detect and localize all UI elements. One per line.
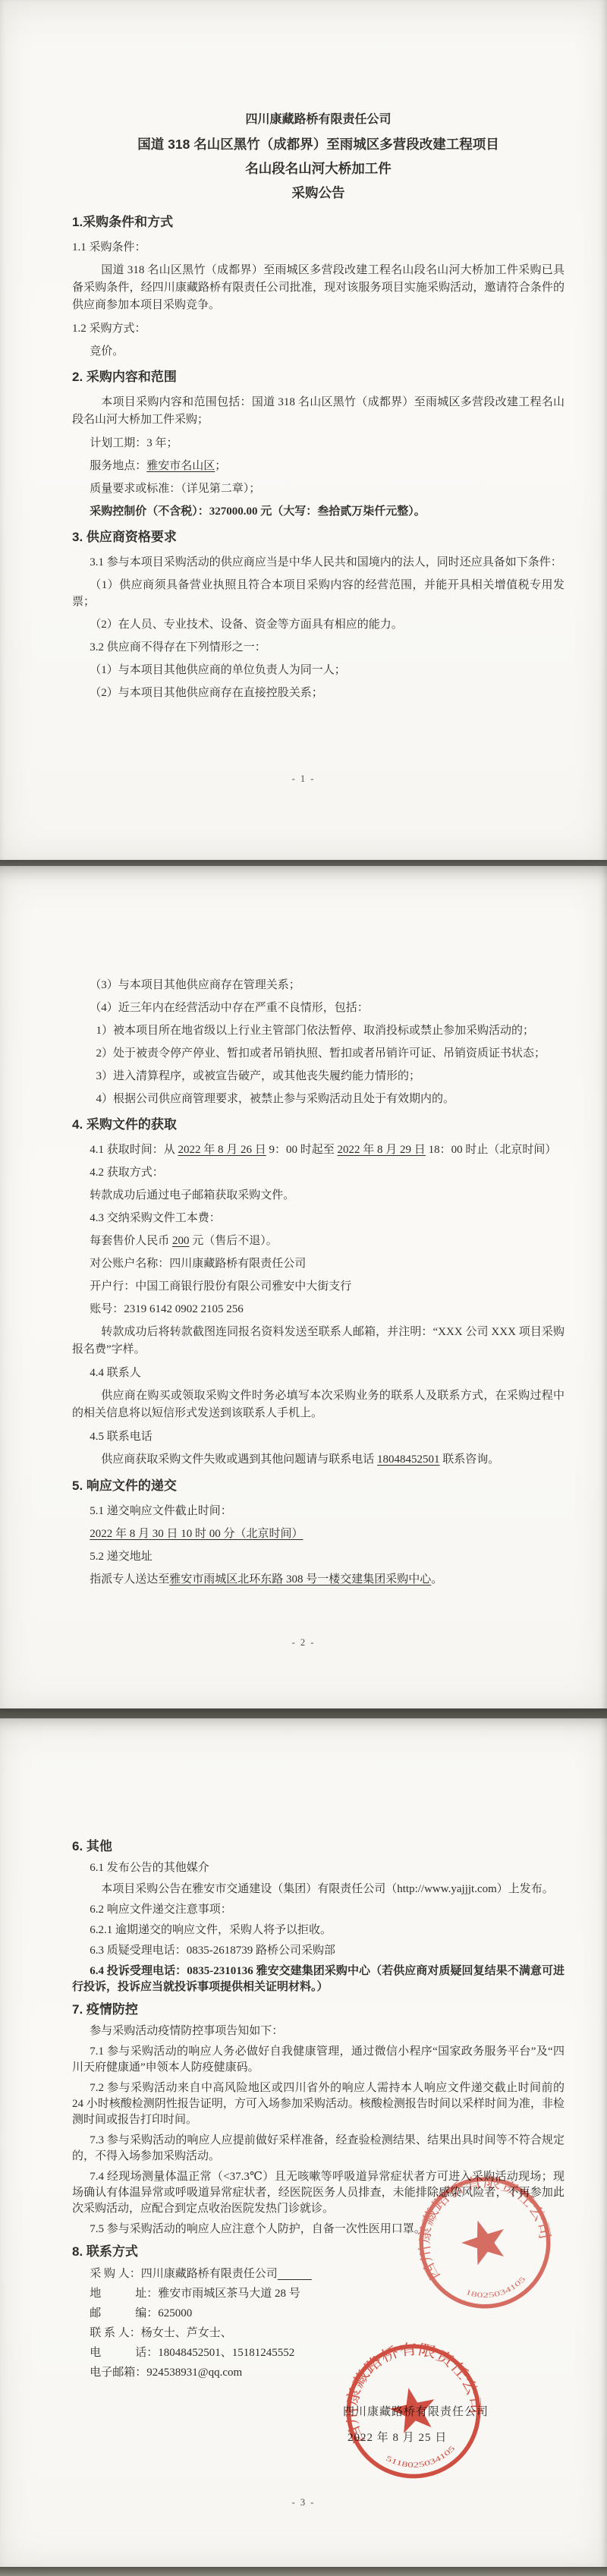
doc-paragraph: 7.1 参与采购活动的响应人务必做好自我健康管理，通过微信小程序“国家政务服务平… [72, 2044, 565, 2076]
text-run: 雅安市雨城区北环东路 308 号一楼交建集团采购中心 [169, 1573, 431, 1586]
scanned-document: 四川康藏路桥有限责任公司国道 318 名山区黑竹（成都界）至雨城区多营段改建工程… [0, 0, 607, 2576]
text-run: 联 系 人：杨女士、芦女士、 [90, 2327, 232, 2339]
doc-paragraph: 6.2 响应文件递交注意事项： [72, 1902, 565, 1918]
text-run: 四川康藏路桥有限责任公司 [245, 113, 391, 126]
text-run: 质量要求或标准：（详见第二章）； [90, 483, 260, 495]
text-run: 国道 318 名山区黑竹（成都界）至雨城区多营段改建工程名山段名山河大桥加工件采… [72, 264, 565, 311]
text-run: 3. 供应商资格要求 [72, 530, 177, 544]
text-run: （2）与本项目其他供应商存在直接控股关系； [90, 687, 323, 699]
text-run [278, 2268, 312, 2280]
text-run: 4.3 交纳采购文件工本费： [90, 1212, 221, 1224]
doc-paragraph: 6.3 质疑受理电话：0835-2618739 路桥公司采购部 [72, 1943, 565, 1959]
section-heading-7: 7. 疫情防控 [72, 2001, 565, 2017]
star-icon [456, 2213, 511, 2267]
doc-title-notice: 采购公告 [72, 181, 565, 205]
text-run: 联系咨询。 [440, 1453, 500, 1466]
doc-paragraph: 2）处于被责令停产停业、暂扣或者吊销执照、暂扣或者吊销许可证、吊销资质证书状态； [72, 1045, 565, 1062]
doc-paragraph: 6.2.1 逾期递交的响应文件，采购人将予以拒收。 [72, 1923, 565, 1938]
text-run: （1）与本项目其他供应商的单位负责人为同一人； [90, 664, 346, 676]
doc-title-section: 名山段名山河大桥加工件 [72, 156, 565, 181]
doc-paragraph: 4）根据公司供应商管理要求，被禁止参与采购活动且处于有效期内的。 [72, 1091, 565, 1107]
text-run: 4.4 联系人 [90, 1367, 141, 1379]
doc-paragraph: 国道 318 名山区黑竹（成都界）至雨城区多营段改建工程名山段名山河大桥加工件采… [72, 262, 565, 314]
text-run: 。 [431, 1573, 442, 1586]
text-run: 账号：2319 6142 0902 2105 256 [90, 1303, 244, 1315]
text-run: 6. 其他 [72, 1839, 112, 1853]
doc-paragraph: 转款成功后通过电子邮箱获取采购文件。 [72, 1187, 565, 1204]
doc-paragraph: 4.3 交纳采购文件工本费： [72, 1210, 565, 1227]
contact-line-person: 联 系 人：杨女士、芦女士、 [72, 2325, 565, 2341]
text-run: 参与采购活动疫情防控事项告知如下： [90, 2025, 283, 2037]
section-heading-1: 1.采购条件和方式 [72, 213, 565, 232]
text-run: 200 [172, 1235, 190, 1247]
text-run: （4）近三年内在经营活动中存在严重不良情形，包括： [90, 1002, 369, 1014]
doc-paragraph: 转款成功后将转款截图连同报名资料发送至联系人邮箱，并注明：“XXX 公司 XXX… [72, 1324, 565, 1359]
text-run: 18：00 时止（北京时间） [426, 1144, 557, 1156]
section-heading-3: 3. 供应商资格要求 [72, 527, 565, 547]
page-2: （3）与本项目其他供应商存在管理关系；（4）近三年内在经营活动中存在严重不良情形… [0, 866, 607, 1708]
text-run: 雅安市名山区 [146, 460, 215, 472]
doc-paragraph: 每套售价人民币 200 元（售后不退）。 [72, 1233, 565, 1249]
doc-paragraph: 5.1 递交响应文件截止时间： [72, 1503, 565, 1519]
text-run: 采购公告 [292, 185, 345, 200]
text-run: 电 话：18048452501、15181245552 [90, 2347, 294, 2359]
doc-paragraph: 采购控制价（不含税）：327000.00 元（大写：叁拾贰万柒仟元整）。 [72, 503, 565, 520]
doc-title-project: 国道 318 名山区黑竹（成都界）至雨城区多营段改建工程项目 [72, 132, 565, 156]
doc-paragraph: 4.2 获取方式： [72, 1164, 565, 1181]
doc-paragraph: 本项目采购公告在雅安市交通建设（集团）有限责任公司（http://www.yaj… [72, 1881, 565, 1897]
text-run: 名山段名山河大桥加工件 [245, 161, 392, 176]
page-3: 6. 其他6.1 发布公告的其他媒介本项目采购公告在雅安市交通建设（集团）有限责… [0, 1718, 607, 2567]
text-run: 指派专人送达至 [90, 1573, 169, 1586]
text-run: 5.2 递交地址 [90, 1551, 153, 1563]
text-run: 5. 响应文件的递交 [72, 1479, 177, 1493]
doc-paragraph: （2）与本项目其他供应商存在直接控股关系； [72, 685, 565, 701]
doc-paragraph: 供应商获取采购文件失败或遇到其他问题请与联系电话 18048452501 联系咨… [72, 1451, 565, 1469]
text-run: 开户行：中国工商银行股份有限公司雅安中大街支行 [90, 1280, 351, 1293]
doc-paragraph: 5.2 递交地址 [72, 1548, 565, 1565]
doc-paragraph: 供应商在购买或领取采购文件时务必填写本次采购业务的联系人及联系方式，在采购过程中… [72, 1387, 565, 1422]
contact-line-email: 电子邮箱：924538931@qq.com [72, 2364, 565, 2381]
official-seal-lower: 四川康藏路桥有限责任公司 5118025034105 [330, 2328, 498, 2496]
doc-paragraph: （4）近三年内在经营活动中存在严重不良情形，包括： [72, 1000, 565, 1016]
text-run: 8. 联系方式 [72, 2244, 138, 2259]
scan-bottom-edge [0, 2567, 607, 2576]
text-run: 4）根据公司供应商管理要求，被禁止参与采购活动且处于有效期内的。 [96, 1093, 455, 1105]
text-run: 6.2.1 逾期递交的响应文件，采购人将予以拒收。 [90, 1924, 332, 1936]
text-run: 竞价。 [90, 345, 124, 357]
doc-paragraph: （2）在人员、专业技术、设备、资金等方面具有相应的能力。 [72, 616, 565, 633]
doc-paragraph: 4.4 联系人 [72, 1365, 565, 1381]
doc-paragraph: 1.2 采购方式： [72, 320, 565, 337]
text-run: 2022 年 8 月 30 日 10 时 00 分（北京时间） [90, 1528, 303, 1540]
text-run: 7.1 参与采购活动的响应人务必做好自我健康管理，通过微信小程序“国家政务服务平… [72, 2045, 565, 2074]
doc-paragraph: 2022 年 8 月 30 日 10 时 00 分（北京时间） [72, 1526, 565, 1542]
text-run: （3）与本项目其他供应商存在管理关系； [90, 979, 300, 991]
text-run: 本项目采购内容和范围包括：国道 318 名山区黑竹（成都界）至雨城区多营段改建工… [72, 396, 565, 426]
text-run: 采购控制价（不含税）：327000.00 元（大写：叁拾贰万柒仟元整）。 [90, 505, 426, 518]
doc-paragraph: 7.3 参与采购活动的响应人应提前做好采样准备，经查验检测结果、结果出具时间等不… [72, 2133, 565, 2165]
section-heading-6: 6. 其他 [72, 1838, 565, 1854]
section-heading-2: 2. 采购内容和范围 [72, 367, 565, 387]
doc-paragraph: 本项目采购内容和范围包括：国道 318 名山区黑竹（成都界）至雨城区多营段改建工… [72, 394, 565, 429]
doc-paragraph: 3）进入清算程序，或被宣告破产，或其他丧失履约能力情形的； [72, 1068, 565, 1085]
section-heading-4: 4. 采购文件的获取 [72, 1115, 565, 1135]
text-run: 1.采购条件和方式 [72, 215, 173, 229]
page-1: 四川康藏路桥有限责任公司国道 318 名山区黑竹（成都界）至雨城区多营段改建工程… [0, 0, 607, 860]
doc-paragraph: 竞价。 [72, 343, 565, 360]
doc-paragraph: 质量要求或标准：（详见第二章）； [72, 480, 565, 497]
doc-paragraph: 指派专人送达至雅安市雨城区北环东路 308 号一楼交建集团采购中心。 [72, 1571, 565, 1588]
text-run: 4. 采购文件的获取 [72, 1117, 177, 1132]
text-run: 6.3 质疑受理电话：0835-2618739 路桥公司采购部 [90, 1945, 335, 1957]
doc-paragraph: （3）与本项目其他供应商存在管理关系； [72, 977, 565, 994]
seal-code-text: 18025034105 [462, 2269, 530, 2308]
text-run: 3.1 参与本项目采购活动的供应商应当是中华人民共和国境内的法人，同时还应具备如… [90, 556, 562, 568]
doc-paragraph: 1）被本项目所在地省级以上行业主管部门依法暂停、取消投标或禁止参加采购活动的； [72, 1022, 565, 1039]
text-run: 5.1 递交响应文件截止时间： [90, 1505, 232, 1517]
text-run: 每套售价人民币 [90, 1235, 172, 1247]
page-number: - 2 - [0, 1637, 607, 1649]
text-run: 服务地点： [90, 460, 146, 472]
doc-paragraph: 开户行：中国工商银行股份有限公司雅安中大街支行 [72, 1278, 565, 1295]
text-run: 7.3 参与采购活动的响应人应提前做好采样准备，经查验检测结果、结果出具时间等不… [72, 2134, 565, 2162]
text-run: 2022 年 8 月 26 日 [178, 1144, 266, 1156]
page-number: - 3 - [0, 2497, 607, 2508]
text-run: 1.1 采购条件： [72, 241, 146, 254]
text-run: 采 购 人：四川康藏路桥有限责任公司 [90, 2268, 278, 2280]
doc-paragraph: 6.4 投诉受理电话：0835-2310136 雅安交建集团采购中心（若供应商对… [72, 1963, 565, 1995]
doc-title-company: 四川康藏路桥有限责任公司 [72, 108, 565, 132]
text-run: 7. 疫情防控 [72, 2002, 138, 2017]
text-run: 转款成功后通过电子邮箱获取采购文件。 [90, 1189, 294, 1201]
page-separator [0, 860, 607, 866]
text-run: 1.2 采购方式： [72, 323, 146, 335]
page-1-content: 四川康藏路桥有限责任公司国道 318 名山区黑竹（成都界）至雨城区多营段改建工程… [0, 0, 607, 701]
text-run: 地 址：雅安市雨城区茶马大道 28 号 [90, 2288, 300, 2300]
doc-paragraph: 3.2 供应商不得存在下列情形之一： [72, 639, 565, 656]
doc-paragraph: （1）供应商须具备营业执照且符合本项目采购内容的经营范围，并能开具相关增值税专用… [72, 577, 565, 610]
text-run: 电子邮箱：924538931@qq.com [90, 2367, 242, 2379]
text-run: 3.2 供应商不得存在下列情形之一： [90, 641, 266, 653]
text-run: 9：00 时起至 [266, 1144, 338, 1156]
star-icon [386, 2383, 440, 2435]
text-run: 供应商在购买或领取采购文件时务必填写本次采购业务的联系人及联系方式，在采购过程中… [72, 1390, 565, 1419]
text-run: 4.1 获取时间：从 [90, 1144, 178, 1156]
doc-paragraph: 对公账户名称：四川康藏路桥有限责任公司 [72, 1255, 565, 1272]
text-run: 2. 采购内容和范围 [72, 370, 177, 384]
text-run: 7.5 参与采购活动的响应人应注意个人防护，自备一次性医用口罩。 [90, 2223, 426, 2235]
contact-line-phone: 电 话：18048452501、15181245552 [72, 2345, 565, 2361]
text-run: 2）处于被责令停产停业、暂扣或者吊销执照、暂扣或者吊销许可证、吊销资质证书状态； [96, 1047, 546, 1060]
text-run: 对公账户名称：四川康藏路桥有限责任公司 [90, 1258, 306, 1270]
doc-paragraph: 4.1 获取时间：从 2022 年 8 月 26 日 9：00 时起至 2022… [72, 1142, 565, 1158]
text-run: 4.2 获取方式： [90, 1167, 164, 1179]
text-run: （1）供应商须具备营业执照且符合本项目采购内容的经营范围，并能开具相关增值税专用… [72, 579, 565, 608]
text-run: 4.5 联系电话 [90, 1431, 153, 1443]
text-run: ； [215, 460, 226, 472]
text-run: 18048452501 [377, 1453, 440, 1466]
seal-code-text: 5118025034105 [383, 2440, 460, 2477]
page-number: - 1 - [0, 773, 607, 785]
page-separator [0, 1708, 607, 1718]
text-run: 1）被本项目所在地省级以上行业主管部门依法暂停、取消投标或禁止参加采购活动的； [96, 1025, 535, 1037]
doc-paragraph: 7.2 参与采购活动来自中高风险地区或四川省外的响应人需持本人响应文件递交截止时… [72, 2080, 565, 2128]
text-run: 7.2 参与采购活动来自中高风险地区或四川省外的响应人需持本人响应文件递交截止时… [72, 2082, 565, 2126]
doc-paragraph: （1）与本项目其他供应商的单位负责人为同一人； [72, 662, 565, 679]
doc-paragraph: 参与采购活动疫情防控事项告知如下： [72, 2023, 565, 2039]
text-run: 国道 318 名山区黑竹（成都界）至雨城区多营段改建工程项目 [137, 137, 498, 152]
doc-paragraph: 账号：2319 6142 0902 2105 256 [72, 1301, 565, 1318]
text-run: 供应商获取采购文件失败或遇到其他问题请与联系电话 [101, 1453, 377, 1466]
doc-paragraph: 服务地点：雅安市名山区； [72, 458, 565, 474]
text-run: 6.4 投诉受理电话：0835-2310136 雅安交建集团采购中心（若供应商对… [72, 1965, 565, 1993]
doc-paragraph: 3.1 参与本项目采购活动的供应商应当是中华人民共和国境内的法人，同时还应具备如… [72, 554, 565, 571]
doc-paragraph: 计划工期：3 年； [72, 435, 565, 452]
text-run: 2022 年 8 月 29 日 [338, 1144, 426, 1156]
text-run: 3）进入清算程序，或被宣告破产，或其他丧失履约能力情形的； [96, 1070, 421, 1082]
page-2-content: （3）与本项目其他供应商存在管理关系；（4）近三年内在经营活动中存在严重不良情形… [0, 866, 607, 1588]
text-run: 本项目采购公告在雅安市交通建设（集团）有限责任公司（http://www.yaj… [101, 1883, 554, 1895]
text-run: 计划工期：3 年； [90, 437, 178, 449]
text-run: 邮 编：625000 [90, 2307, 192, 2319]
doc-paragraph: 6.1 发布公告的其他媒介 [72, 1860, 565, 1876]
text-run: 元（售后不退）。 [190, 1235, 278, 1247]
text-run: 6.1 发布公告的其他媒介 [90, 1862, 209, 1874]
text-run: （2）在人员、专业技术、设备、资金等方面具有相应的能力。 [90, 619, 403, 631]
section-heading-5: 5. 响应文件的递交 [72, 1476, 565, 1496]
doc-paragraph: 4.5 联系电话 [72, 1428, 565, 1445]
text-run: 转款成功后将转款截图连同报名资料发送至联系人邮箱，并注明：“XXX 公司 XXX… [72, 1326, 565, 1356]
doc-paragraph: 1.1 采购条件： [72, 239, 565, 256]
text-run: 6.2 响应文件递交注意事项： [90, 1904, 232, 1916]
